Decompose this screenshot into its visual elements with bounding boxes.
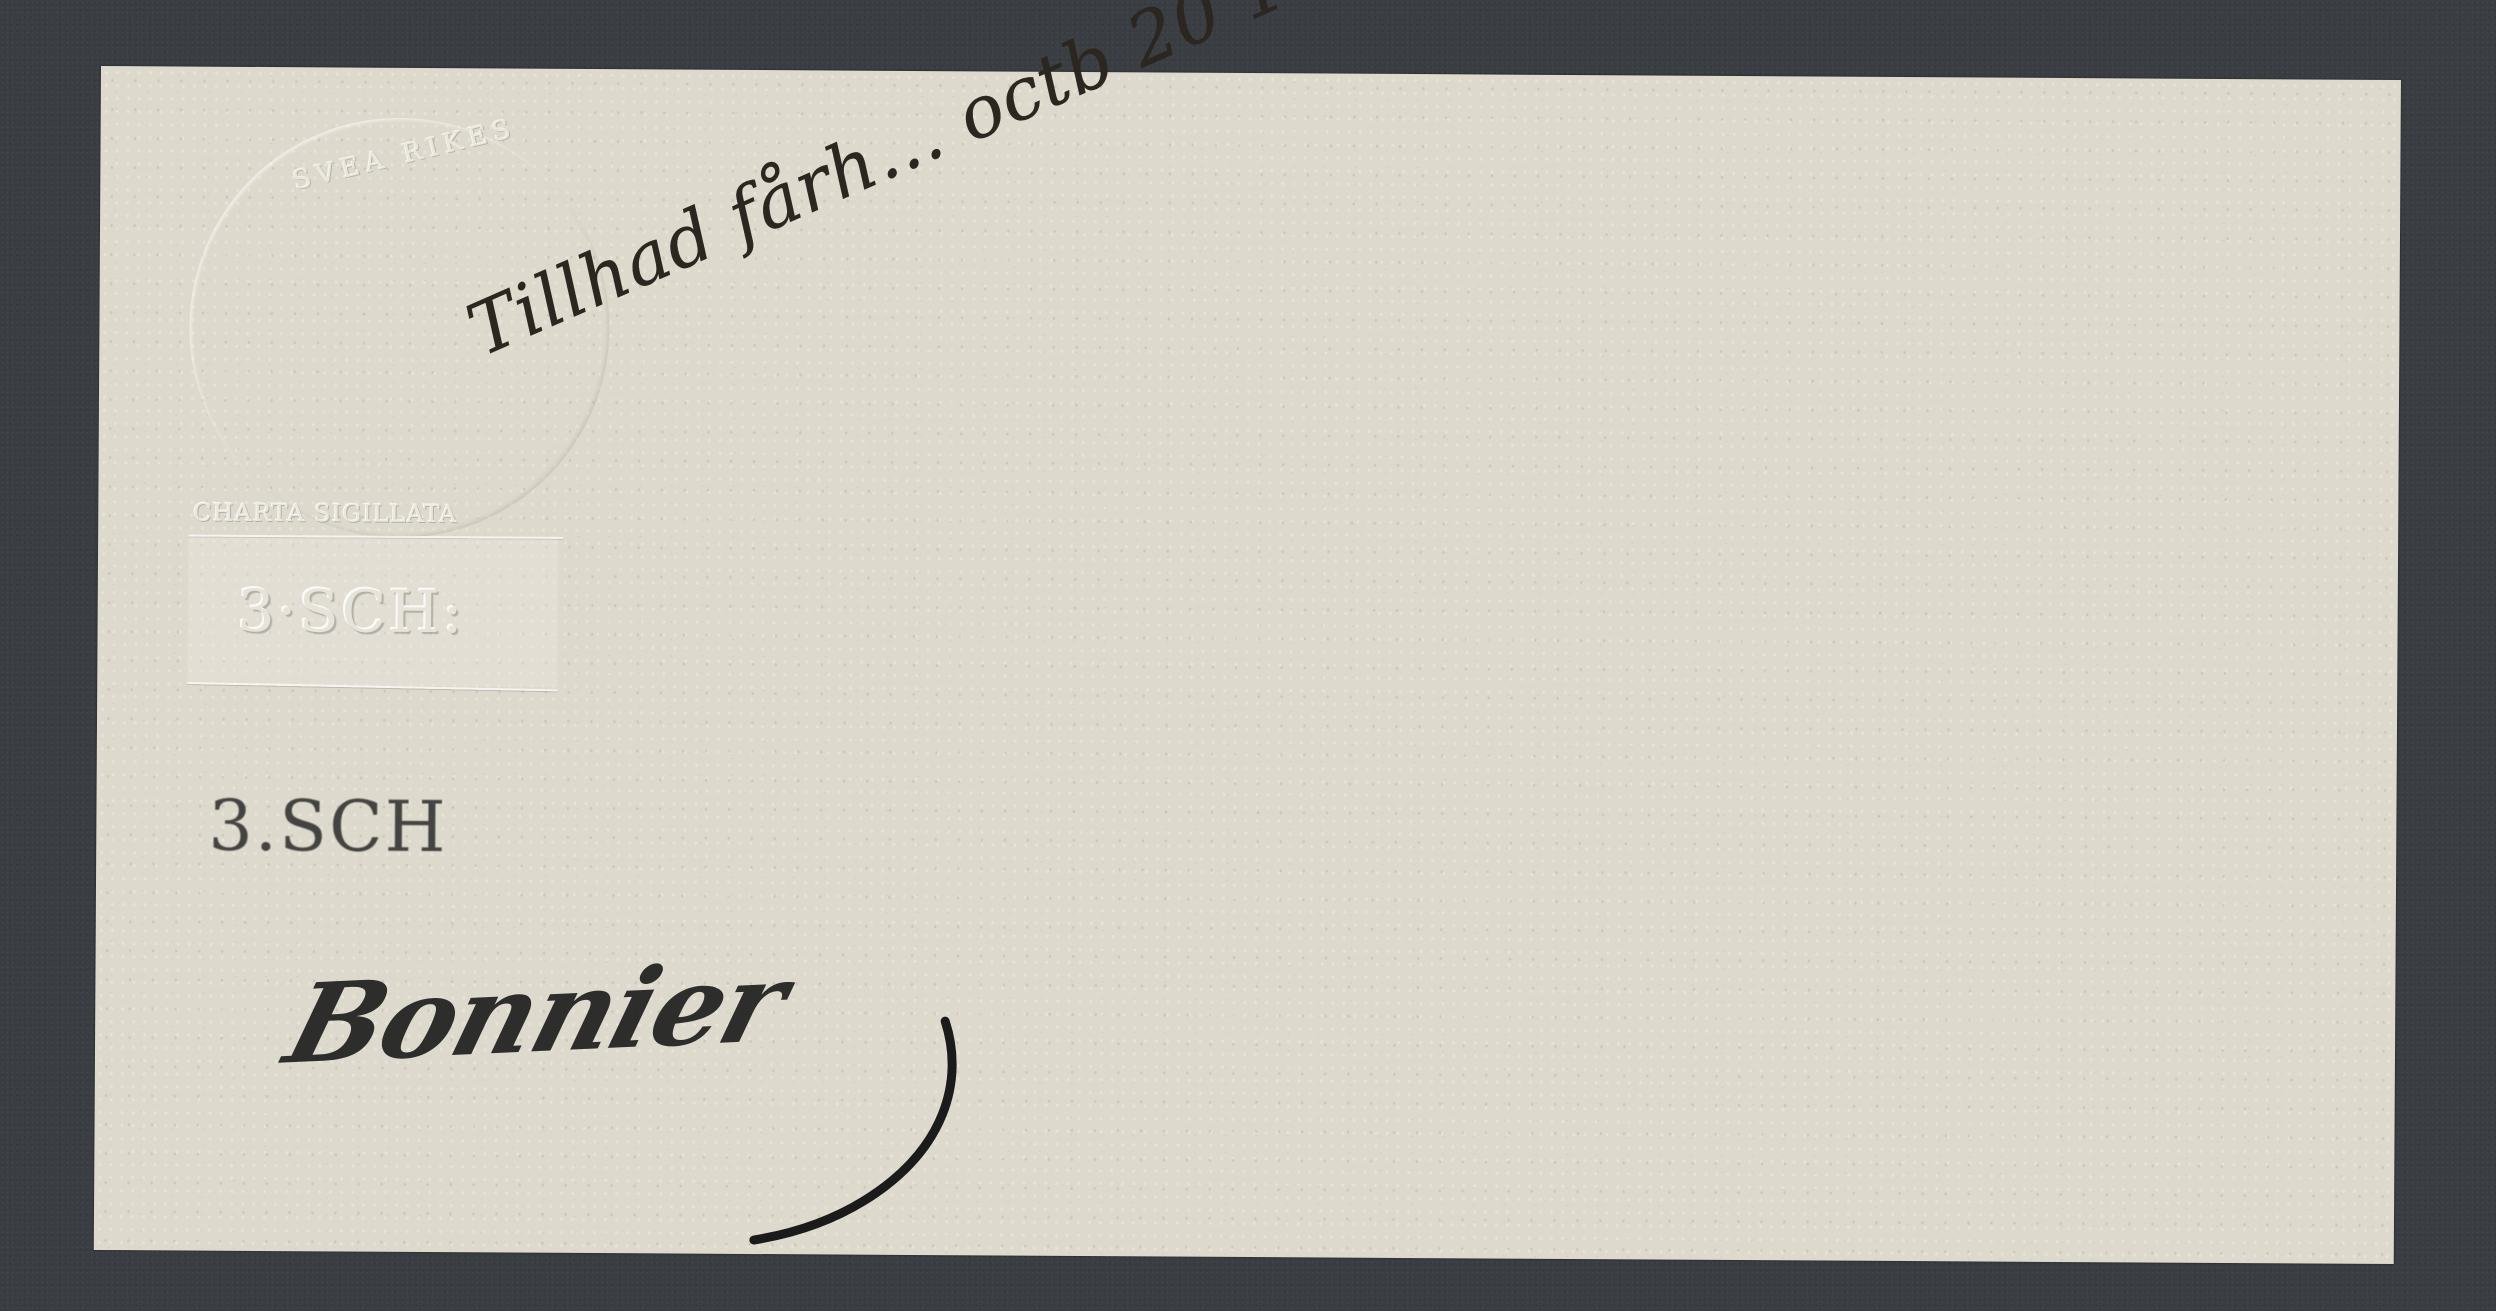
printed-value-stamp: 3.SCH	[208, 785, 448, 868]
signature-flourish-icon	[714, 1000, 976, 1262]
seal-caption: CHARTA SIGILLATA	[193, 499, 458, 529]
stamped-paper: SVEA RIKES CHARTA SIGILLATA 3·SCH: 3.SCH…	[94, 66, 2401, 1264]
handwritten-note: Tillhad fårh... octb 20 1820	[455, 0, 1427, 372]
embossed-value: 3·SCH:	[237, 577, 465, 646]
